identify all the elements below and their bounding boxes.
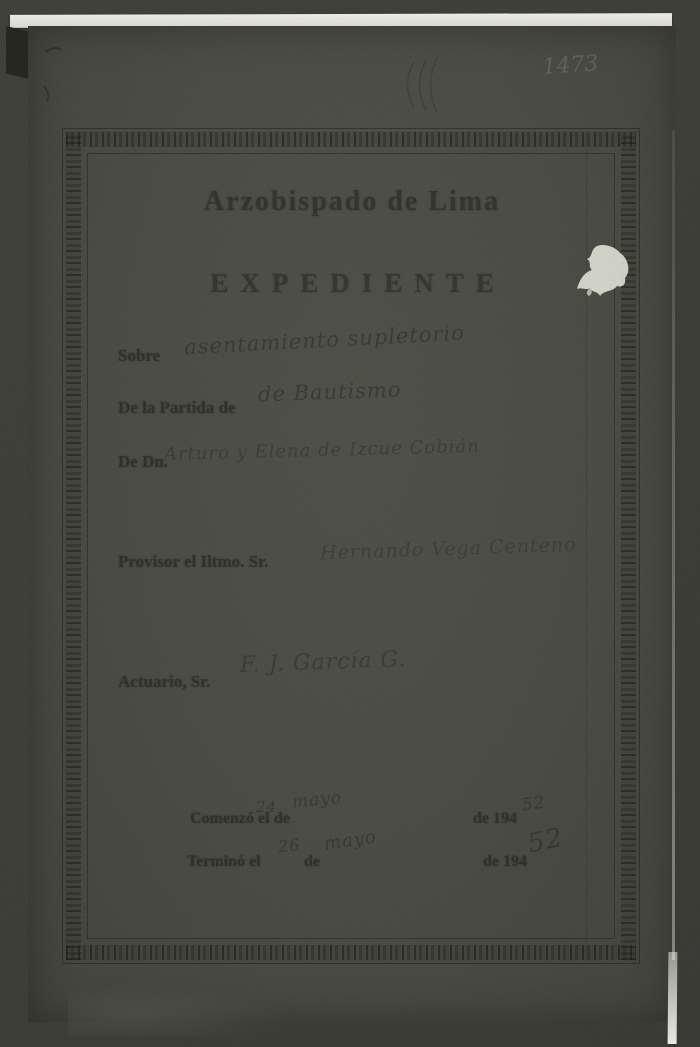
top-right-faint-number: 1473 — [542, 51, 600, 80]
photo-artifacts-overlay: 1473 — [0, 0, 700, 1047]
faint-ghost-marks — [408, 58, 438, 112]
pencil-strokes-top-left — [44, 48, 61, 101]
white-tear-blotch — [577, 245, 628, 296]
document-photo: Arzobispado de Lima EXPEDIENTE Sobre ase… — [0, 0, 700, 1047]
